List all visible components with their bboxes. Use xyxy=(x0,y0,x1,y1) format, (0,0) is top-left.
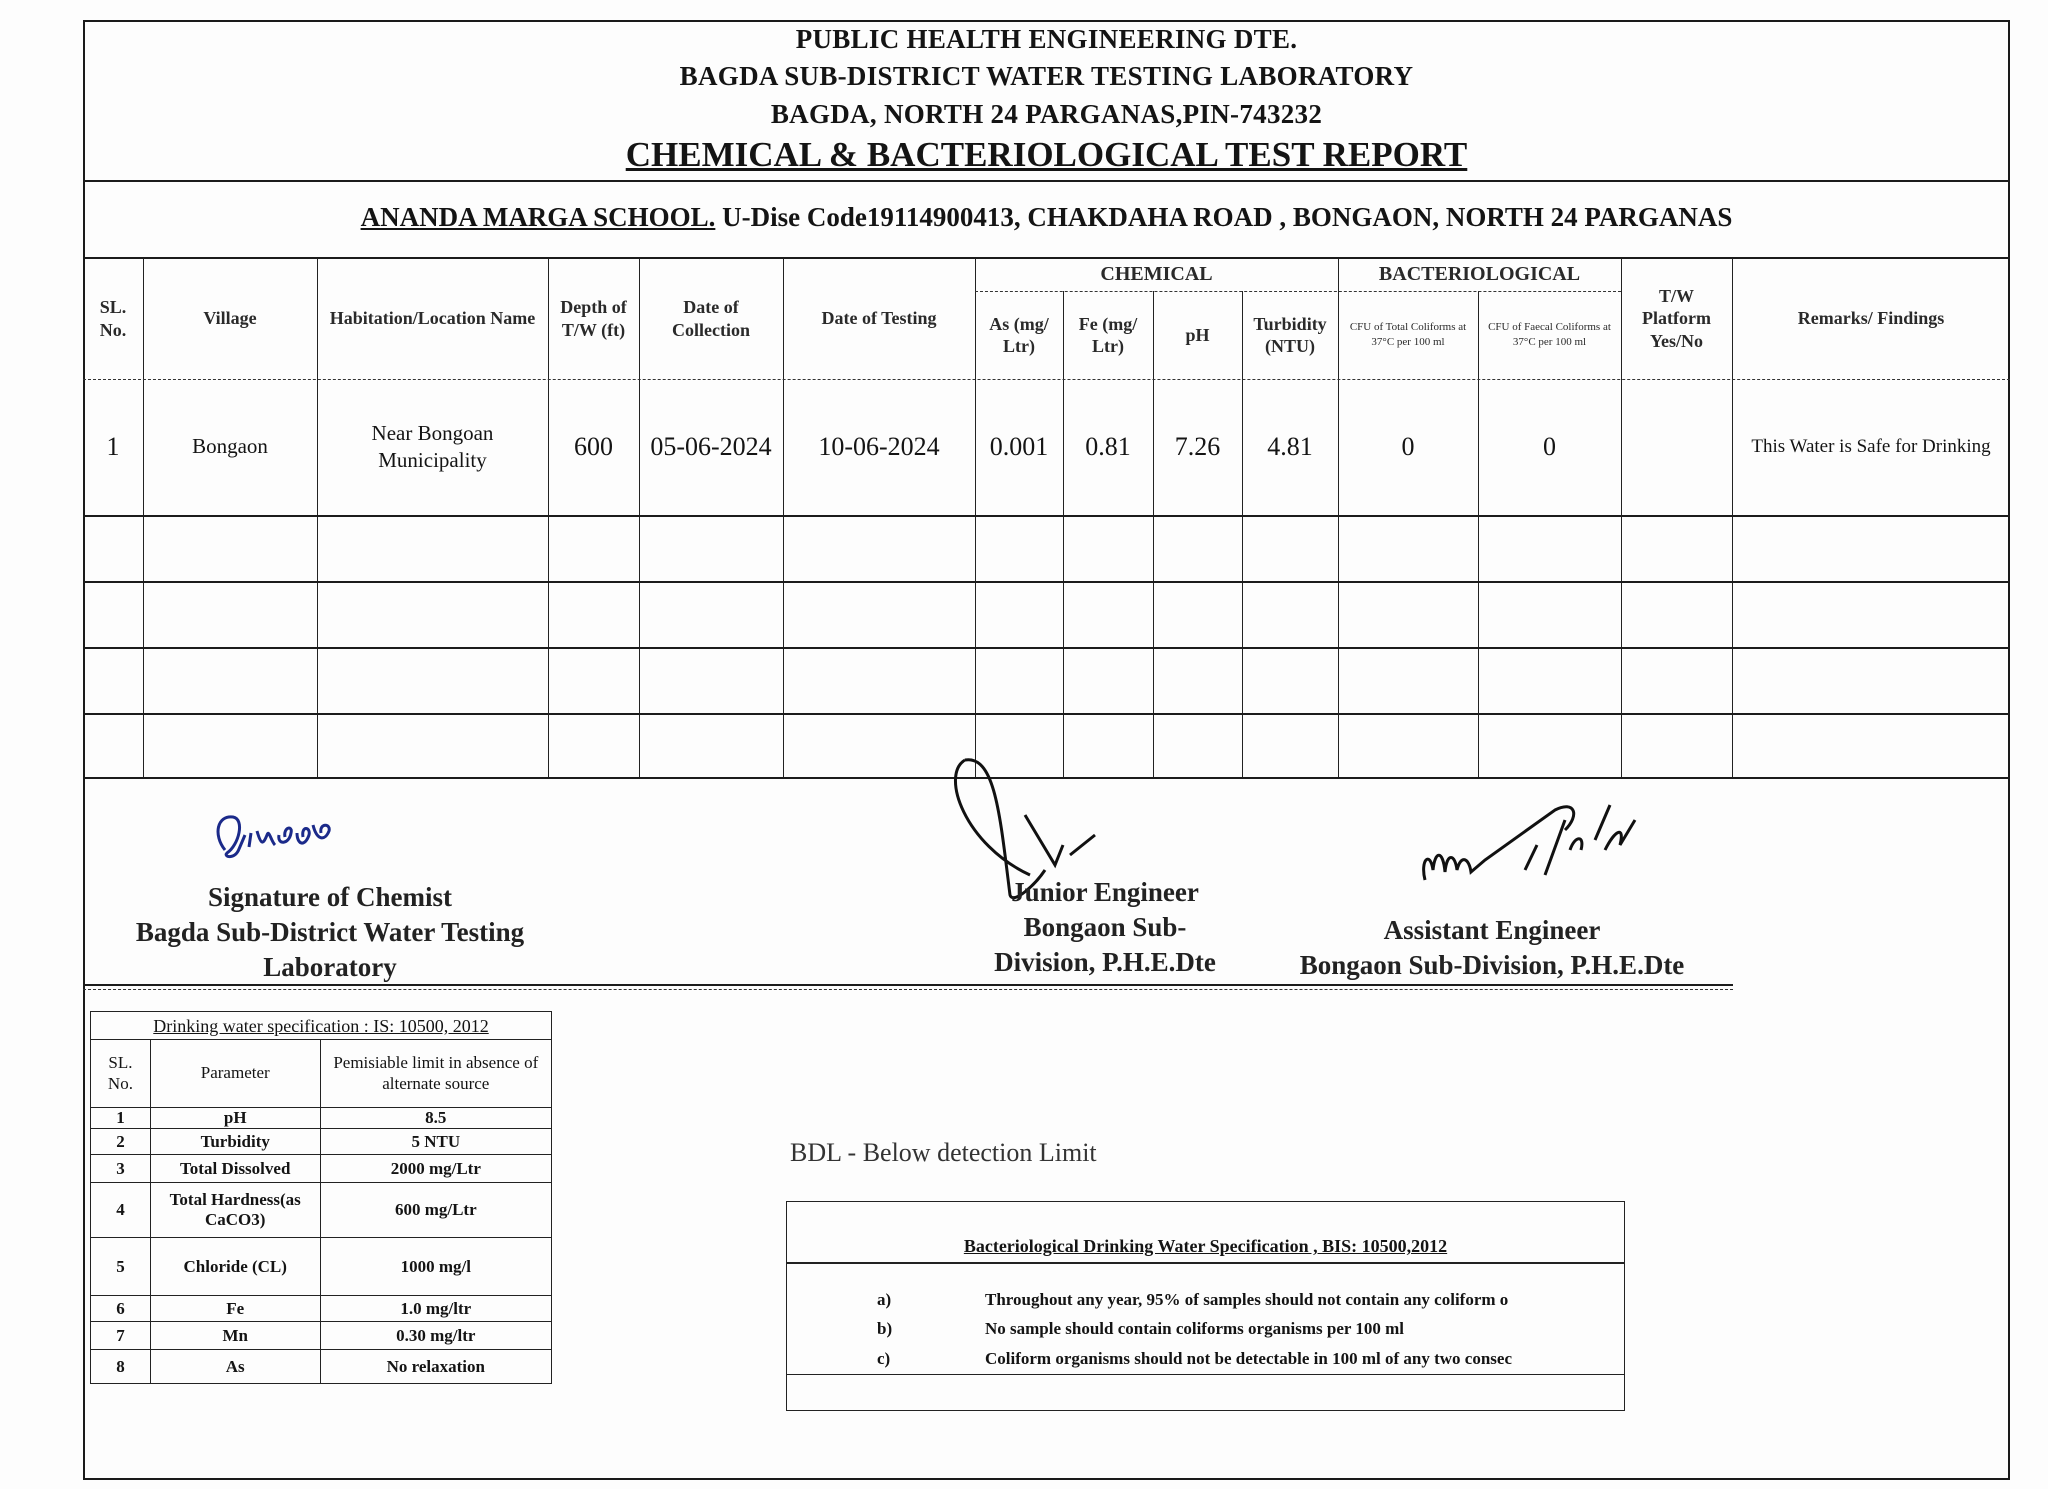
lab-name: BAGDA SUB-DISTRICT WATER TESTING LABORAT… xyxy=(83,61,2010,92)
cell-turbidity: 4.81 xyxy=(1242,379,1338,515)
spec-parameter: Chloride (CL) xyxy=(150,1238,320,1296)
school-info: ANANDA MARGA SCHOOL. U-Dise Code19114900… xyxy=(83,202,2010,233)
group-header-chemical: CHEMICAL xyxy=(975,258,1338,291)
bacterio-item-a: a)Throughout any year, 95% of samples sh… xyxy=(877,1290,1508,1310)
spec-limit: 5 NTU xyxy=(320,1129,551,1155)
column-header-as: As (mg/ Ltr) xyxy=(975,291,1063,379)
group-header-bacteriological: BACTERIOLOGICAL xyxy=(1338,258,1621,291)
spec-parameter: pH xyxy=(150,1108,320,1129)
row-rule xyxy=(83,581,2010,583)
bacteriological-spec-title: Bacteriological Drinking Water Specifica… xyxy=(787,1236,1624,1257)
assistant-engineer-label: Assistant Engineer Bongaon Sub-Division,… xyxy=(1262,913,1722,983)
spec-row: 4 Total Hardness(as CaCO3) 600 mg/Ltr xyxy=(91,1183,552,1238)
spec-sl: 6 xyxy=(91,1296,151,1322)
spec-parameter: Fe xyxy=(150,1296,320,1322)
cell-ph: 7.26 xyxy=(1153,379,1242,515)
column-header-sl-no: SL. No. xyxy=(83,258,143,379)
cell-as: 0.001 xyxy=(975,379,1063,515)
department-name: PUBLIC HEALTH ENGINEERING DTE. xyxy=(83,24,2010,55)
cell-cfu-total: 0 xyxy=(1338,379,1478,515)
spec-parameter: Turbidity xyxy=(150,1129,320,1155)
column-header-remarks: Remarks/ Findings xyxy=(1732,258,2010,379)
school-details: U-Dise Code19114900413, CHAKDAHA ROAD , … xyxy=(715,202,1732,232)
cell-village: Bongaon xyxy=(143,379,317,515)
column-header-cfu-total: CFU of Total Coliforms at 37°C per 100 m… xyxy=(1338,291,1478,379)
signature-divider xyxy=(83,984,1733,986)
column-header-cfu-faecal: CFU of Faecal Coliforms at 37°C per 100 … xyxy=(1478,291,1621,379)
column-header-village: Village xyxy=(143,258,317,379)
spec-sl: 8 xyxy=(91,1350,151,1384)
spec-header-parameter: Parameter xyxy=(150,1040,320,1108)
cell-date-testing: 10-06-2024 xyxy=(783,379,975,515)
column-header-date-collection: Date of Collection xyxy=(639,258,783,379)
cell-date-collection: 05-06-2024 xyxy=(639,379,783,515)
spec-sl: 2 xyxy=(91,1129,151,1155)
bacteriological-spec-bottom-rule xyxy=(787,1374,1624,1375)
signature-divider-2 xyxy=(83,989,1733,990)
bacteriological-spec-divider xyxy=(787,1262,1624,1264)
spec-row: 2 Turbidity 5 NTU xyxy=(91,1129,552,1155)
row-rule xyxy=(83,713,2010,715)
row-rule xyxy=(83,515,2010,517)
header-divider xyxy=(83,180,2010,182)
bacterio-item-c: c)Coliform organisms should not be detec… xyxy=(877,1349,1512,1369)
spec-limit: 2000 mg/Ltr xyxy=(320,1155,551,1183)
spec-limit: 8.5 xyxy=(320,1108,551,1129)
school-name: ANANDA MARGA SCHOOL. xyxy=(361,202,716,232)
spec-limit: 1000 mg/l xyxy=(320,1238,551,1296)
spec-sl: 7 xyxy=(91,1322,151,1350)
spec-parameter: Mn xyxy=(150,1322,320,1350)
spec-row: 5 Chloride (CL) 1000 mg/l xyxy=(91,1238,552,1296)
column-header-date-testing: Date of Testing xyxy=(783,258,975,379)
spec-row: 3 Total Dissolved 2000 mg/Ltr xyxy=(91,1155,552,1183)
spec-sl: 1 xyxy=(91,1108,151,1129)
bacteriological-spec-box: Bacteriological Drinking Water Specifica… xyxy=(786,1201,1625,1411)
spec-table-caption: Drinking water specification : IS: 10500… xyxy=(90,1011,552,1039)
cell-fe: 0.81 xyxy=(1063,379,1153,515)
spec-parameter: Total Dissolved xyxy=(150,1155,320,1183)
assistant-engineer-signature xyxy=(1405,790,1705,910)
cell-platform xyxy=(1621,379,1732,515)
cell-location: Near Bongoan Municipality xyxy=(317,379,548,515)
bdl-note: BDL - Below detection Limit xyxy=(790,1138,1097,1168)
spec-limit: 1.0 mg/ltr xyxy=(320,1296,551,1322)
spec-parameter: Total Hardness(as CaCO3) xyxy=(150,1183,320,1238)
lab-address: BAGDA, NORTH 24 PARGANAS,PIN-743232 xyxy=(83,99,2010,130)
spec-row: 8 As No relaxation xyxy=(91,1350,552,1384)
column-header-turbidity: Turbidity (NTU) xyxy=(1242,291,1338,379)
column-header-location: Habitation/Location Name xyxy=(317,258,548,379)
spec-sl: 5 xyxy=(91,1238,151,1296)
spec-limit: 600 mg/Ltr xyxy=(320,1183,551,1238)
cell-cfu-faecal: 0 xyxy=(1478,379,1621,515)
junior-engineer-label: Junior Engineer Bongaon Sub- Division, P… xyxy=(960,875,1250,980)
cell-remarks: This Water is Safe for Drinking xyxy=(1732,379,2010,515)
column-header-fe: Fe (mg/ Ltr) xyxy=(1063,291,1153,379)
spec-limit: No relaxation xyxy=(320,1350,551,1384)
spec-row: 7 Mn 0.30 mg/ltr xyxy=(91,1322,552,1350)
drinking-water-spec-table: Drinking water specification : IS: 10500… xyxy=(90,1011,552,1384)
spec-row: 1 pH 8.5 xyxy=(91,1108,552,1129)
cell-sl-no: 1 xyxy=(83,379,143,515)
spec-limit: 0.30 mg/ltr xyxy=(320,1322,551,1350)
spec-sl: 4 xyxy=(91,1183,151,1238)
spec-header-row: SL. No. Parameter Pemisiable limit in ab… xyxy=(91,1040,552,1108)
column-header-platform: T/W Platform Yes/No xyxy=(1621,258,1732,379)
cell-depth: 600 xyxy=(548,379,639,515)
chemist-signature xyxy=(205,805,385,875)
spec-sl: 3 xyxy=(91,1155,151,1183)
spec-row: 6 Fe 1.0 mg/ltr xyxy=(91,1296,552,1322)
spec-parameter: As xyxy=(150,1350,320,1384)
column-header-depth: Depth of T/W (ft) xyxy=(548,258,639,379)
chemist-signature-label: Signature of Chemist Bagda Sub-District … xyxy=(90,880,570,985)
column-header-ph: pH xyxy=(1153,291,1242,379)
spec-header-limit: Pemisiable limit in absence of alternate… xyxy=(320,1040,551,1108)
bacterio-item-b: b)No sample should contain coliforms org… xyxy=(877,1319,1404,1339)
report-title: CHEMICAL & BACTERIOLOGICAL TEST REPORT xyxy=(83,135,2010,175)
spec-header-sl: SL. No. xyxy=(91,1040,151,1108)
row-rule xyxy=(83,647,2010,649)
